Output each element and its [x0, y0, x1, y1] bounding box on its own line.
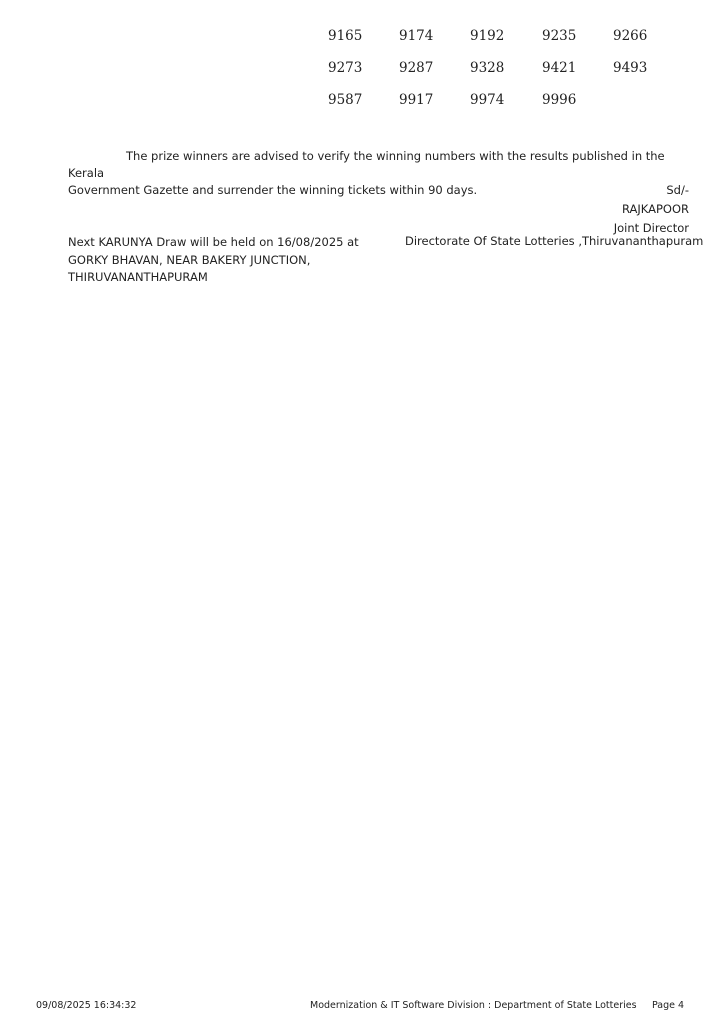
- winning-number: 9493: [613, 60, 647, 76]
- signatory-name: RAJKAPOOR: [614, 200, 689, 219]
- footer-page-number: Page 4: [652, 1000, 684, 1011]
- footer-timestamp: 09/08/2025 16:34:32: [36, 1000, 136, 1011]
- next-draw-line-1: Next KARUNYA Draw will be held on 16/08/…: [68, 234, 359, 252]
- winning-number: 9996: [542, 92, 576, 108]
- signature-sd: Sd/-: [614, 181, 689, 200]
- winning-number: 9287: [399, 60, 433, 76]
- notice-line-1: The prize winners are advised to verify …: [68, 149, 665, 180]
- winning-number: 9174: [399, 28, 433, 44]
- signature-block: Sd/- RAJKAPOOR Joint Director: [614, 181, 689, 238]
- winning-number: 9192: [470, 28, 504, 44]
- notice-line-2: Government Gazette and surrender the win…: [68, 182, 688, 199]
- winning-number: 9266: [613, 28, 647, 44]
- notice-paragraph: The prize winners are advised to verify …: [68, 148, 688, 199]
- winning-number: 9165: [328, 28, 362, 44]
- winning-number: 9421: [542, 60, 576, 76]
- winning-number: 9587: [328, 92, 362, 108]
- winning-number: 9917: [399, 92, 433, 108]
- winning-number: 9328: [470, 60, 504, 76]
- next-draw-info: Next KARUNYA Draw will be held on 16/08/…: [68, 234, 359, 287]
- next-draw-line-2: GORKY BHAVAN, NEAR BAKERY JUNCTION,: [68, 252, 359, 270]
- winning-number: 9974: [470, 92, 504, 108]
- next-draw-line-3: THIRUVANANTHAPURAM: [68, 269, 359, 287]
- signatory-office: Directorate Of State Lotteries ,Thiruvan…: [405, 234, 703, 248]
- winning-number: 9235: [542, 28, 576, 44]
- winning-number: 9273: [328, 60, 362, 76]
- footer-division: Modernization & IT Software Division : D…: [310, 1000, 637, 1011]
